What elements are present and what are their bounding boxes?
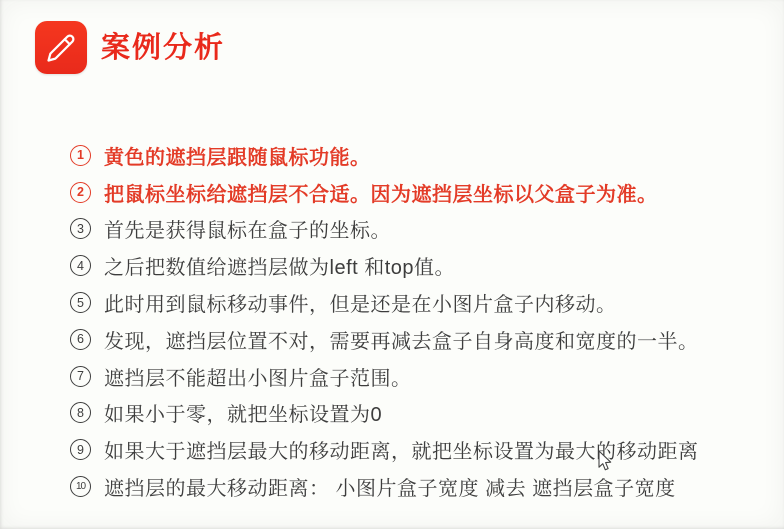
list-item-text: 遮挡层不能超出小图片盒子范围。: [104, 362, 412, 391]
list-item: 7 遮挡层不能超出小图片盒子范围。: [70, 358, 770, 395]
list-item-text: 发现，遮挡层位置不对，需要再减去盒子自身高度和宽度的一半。: [104, 325, 699, 354]
list-item-text: 此时用到鼠标移动事件，但是还是在小图片盒子内移动。: [104, 288, 617, 317]
list-item-text: 如果小于零，就把坐标设置为0: [104, 398, 382, 427]
item-number-badge: 5: [70, 292, 91, 313]
list-item-text: 把鼠标坐标给遮挡层不合适。因为遮挡层坐标以父盒子为准。: [104, 178, 658, 207]
list-item: 10 遮挡层的最大移动距离： 小图片盒子宽度 减去 遮挡层盒子宽度: [70, 468, 770, 505]
list-item-text: 黄色的遮挡层跟随鼠标功能。: [104, 141, 371, 170]
list-item-text: 遮挡层的最大移动距离： 小图片盒子宽度 减去 遮挡层盒子宽度: [104, 472, 676, 501]
item-number-badge: 2: [70, 182, 91, 203]
list-item: 9 如果大于遮挡层最大的移动距离，就把坐标设置为最大的移动距离: [70, 431, 770, 468]
list-item-text: 如果大于遮挡层最大的移动距离，就把坐标设置为最大的移动距离: [104, 435, 699, 464]
list-item: 2 把鼠标坐标给遮挡层不合适。因为遮挡层坐标以父盒子为准。: [70, 174, 770, 211]
page-title: 案例分析: [101, 32, 225, 63]
list-item: 6 发现，遮挡层位置不对，需要再减去盒子自身高度和宽度的一半。: [70, 321, 770, 358]
list-item: 1 黄色的遮挡层跟随鼠标功能。: [70, 137, 770, 174]
pencil-icon: [35, 21, 87, 74]
item-number-badge: 3: [70, 218, 91, 239]
item-number-badge: 7: [70, 366, 91, 387]
item-number-badge: 8: [70, 402, 91, 423]
slide-header: 案例分析: [35, 21, 225, 74]
item-number-badge: 9: [70, 439, 91, 460]
item-number-badge: 6: [70, 329, 91, 350]
slide: { "header": { "title": "案例分析", "icon": "…: [0, 0, 784, 529]
list-item-text: 之后把数值给遮挡层做为left 和top值。: [104, 251, 455, 280]
list-item: 4 之后把数值给遮挡层做为left 和top值。: [70, 247, 770, 284]
list-item: 3 首先是获得鼠标在盒子的坐标。: [70, 211, 770, 248]
list-item-text: 首先是获得鼠标在盒子的坐标。: [104, 214, 391, 243]
item-number-badge: 4: [70, 255, 91, 276]
item-number-badge: 1: [70, 145, 91, 166]
list-item: 5 此时用到鼠标移动事件，但是还是在小图片盒子内移动。: [70, 284, 770, 321]
case-analysis-list: 1 黄色的遮挡层跟随鼠标功能。 2 把鼠标坐标给遮挡层不合适。因为遮挡层坐标以父…: [70, 137, 770, 505]
list-item: 8 如果小于零，就把坐标设置为0: [70, 395, 770, 432]
item-number-badge: 10: [70, 476, 91, 497]
